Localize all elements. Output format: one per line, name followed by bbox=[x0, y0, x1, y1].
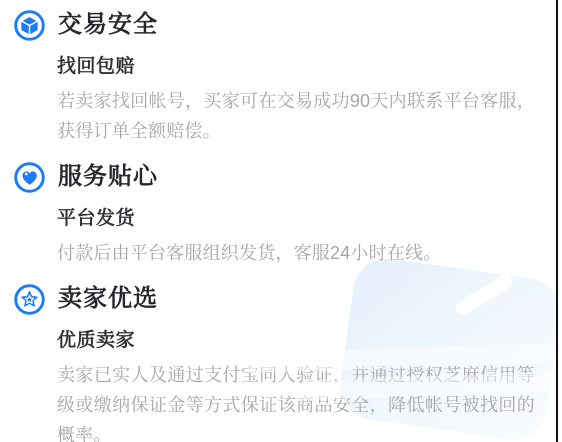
section-subtitle: 优质卖家 bbox=[57, 328, 535, 354]
section-transaction-security: 交易安全 找回包赔 若卖家找回帐号，买家可在交易成功90天内联系平台客服，获得订… bbox=[14, 9, 562, 146]
section-subtitle: 找回包赔 bbox=[57, 54, 535, 80]
guarantee-info-panel: 交易安全 找回包赔 若卖家找回帐号，买家可在交易成功90天内联系平台客服，获得订… bbox=[0, 0, 562, 442]
heart-icon bbox=[14, 162, 45, 193]
section-body: 平台发货 付款后由平台客服组织发货，客服24小时在线。 bbox=[14, 206, 535, 268]
section-body: 找回包赔 若卖家找回帐号，买家可在交易成功90天内联系平台客服，获得订单全额赔偿… bbox=[14, 54, 535, 146]
screenshot-edge-line bbox=[556, 0, 558, 442]
cube-icon bbox=[14, 10, 45, 41]
star-icon bbox=[14, 284, 45, 315]
section-body: 优质卖家 卖家已实人及通过支付宝同人验证，并通过授权芝麻信用等级或缴纳保证金等方… bbox=[14, 328, 535, 442]
section-thoughtful-service: 服务贴心 平台发货 付款后由平台客服组织发货，客服24小时在线。 bbox=[14, 161, 562, 268]
section-preferred-sellers: 卖家优选 优质卖家 卖家已实人及通过支付宝同人验证，并通过授权芝麻信用等级或缴纳… bbox=[14, 283, 562, 442]
section-title: 交易安全 bbox=[58, 9, 158, 41]
section-description: 卖家已实人及通过支付宝同人验证，并通过授权芝麻信用等级或缴纳保证金等方式保证该商… bbox=[57, 360, 535, 442]
section-header: 服务贴心 bbox=[14, 161, 562, 193]
section-description: 若卖家找回帐号，买家可在交易成功90天内联系平台客服，获得订单全额赔偿。 bbox=[57, 86, 535, 146]
section-header: 交易安全 bbox=[14, 9, 562, 41]
sections-list: 交易安全 找回包赔 若卖家找回帐号，买家可在交易成功90天内联系平台客服，获得订… bbox=[0, 0, 562, 442]
section-description: 付款后由平台客服组织发货，客服24小时在线。 bbox=[57, 238, 535, 268]
section-title: 服务贴心 bbox=[58, 161, 158, 193]
section-header: 卖家优选 bbox=[14, 283, 562, 315]
section-title: 卖家优选 bbox=[58, 283, 158, 315]
section-subtitle: 平台发货 bbox=[57, 206, 535, 232]
